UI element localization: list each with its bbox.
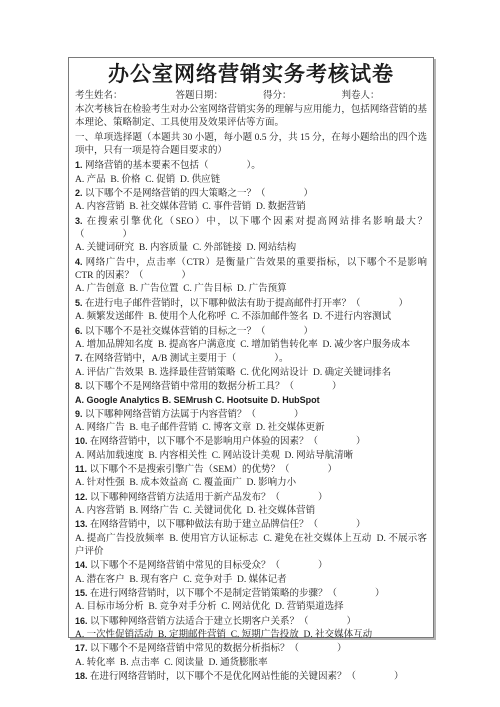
question-options: A. 产品 B. 价格 C. 促销 D. 供应链	[75, 174, 427, 187]
question-options: A. 网站加载速度 B. 内容相关性 C. 网站设计美观 D. 网站导航清晰	[75, 450, 427, 463]
question-body: 以下哪个不是网络营销中常用的数据分析工具？（ ）	[85, 382, 342, 392]
question-body: 以下哪个不是网络营销的四大策略之一？（ ）	[85, 189, 313, 199]
question-item: 4. 网络广告中，点击率（CTR）是衡量广告效果的重要指标，以下哪个不是影响 C…	[75, 256, 427, 297]
student-info-row: 考生姓名： 答题日期： 得分： 判卷人：	[75, 90, 427, 103]
question-item: 17. 以下哪个不是网络营销中常见的数据分析指标？（ ）A. 转化率 B. 点击…	[75, 642, 427, 670]
question-item: 9. 以下哪种网络营销方法属于内容营销？（ ）A. 网络广告 B. 电子邮件营销…	[75, 408, 427, 436]
student-name-label: 考生姓名：	[75, 90, 123, 103]
question-body: 以下哪个不是搜索引擎广告（SEM）的优势？（ ）	[90, 465, 338, 475]
question-text: 12. 以下哪种网络营销方法适用于新产品发布？（ ）	[75, 491, 427, 505]
question-options: A. 一次性促销活动 B. 定期邮件营销 C. 短期广告投放 D. 社交媒体互动	[75, 629, 427, 642]
question-options: A. 评估广告效果 B. 选择最佳营销策略 C. 优化网站设计 D. 确定关键词…	[75, 367, 427, 380]
question-body: 在进行网络营销时，以下哪个不是制定营销策略的步骤？（ ）	[90, 589, 385, 599]
question-number: 18.	[75, 671, 90, 681]
question-item: 11. 以下哪个不是搜索引擎广告（SEM）的优势？（ ）A. 针对性强 B. 成…	[75, 463, 427, 491]
question-body: 以下哪种网络营销方法属于内容营销？（ ）	[85, 410, 304, 420]
question-text: 10. 在网络营销中，以下哪个不是影响用户体验的因素？（ ）	[75, 435, 427, 449]
question-options: A. 广告创意 B. 广告位置 C. 广告目标 D. 广告预算	[75, 283, 427, 296]
question-item: 3. 在搜索引擎优化（SEO）中，以下哪个因素对提高网站排名影响最大？（ ）A.…	[75, 215, 427, 256]
question-number: 10.	[75, 436, 90, 446]
question-body: 以下哪个不是社交媒体营销的目标之一？（ ）	[85, 327, 313, 337]
question-text: 5. 在进行电子邮件营销时，以下哪种做法有助于提高邮件打开率？（ ）	[75, 297, 427, 311]
question-number: 15.	[75, 588, 90, 598]
question-body: 在网络营销中，A/B 测试主要用于（ ）。	[85, 354, 288, 364]
question-item: 13. 在网络营销中，以下哪种做法有助于建立品牌信任？（ ）A. 提高广告投放频…	[75, 518, 427, 559]
question-item: 18. 在进行网络营销时，以下哪个不是优化网站性能的关键因素？（ ）	[75, 670, 427, 684]
question-text: 11. 以下哪个不是搜索引擎广告（SEM）的优势？（ ）	[75, 463, 427, 477]
question-options: A. 内容营销 B. 网络广告 C. 关键词优化 D. 社交媒体营销	[75, 505, 427, 518]
question-number: 17.	[75, 643, 90, 653]
question-body: 在网络营销中，以下哪个不是影响用户体验的因素？（ ）	[90, 437, 366, 447]
score-label: 得分：	[263, 90, 292, 103]
question-body: 在进行网络营销时，以下哪个不是优化网站性能的关键因素？（ ）	[90, 672, 404, 682]
questions-list: 1. 网络营销的基本要素不包括（ ）。A. 产品 B. 价格 C. 促销 D. …	[75, 159, 427, 684]
question-text: 3. 在搜索引擎优化（SEO）中，以下哪个因素对提高网站排名影响最大？（ ）	[75, 215, 427, 243]
question-options: A. 内容营销 B. 社交媒体营销 C. 事件营销 D. 数据营销	[75, 201, 427, 214]
question-options: A. 针对性强 B. 成本效益高 C. 覆盖面广 D. 影响力小	[75, 477, 427, 490]
exam-intro: 本次考核旨在检验考生对办公室网络营销实务的理解与应用能力，包括网络营销的基本理论…	[75, 104, 427, 131]
question-options: A. 关键词研究 B. 内容质量 C. 外部链接 D. 网站结构	[75, 242, 427, 255]
question-body: 在网络营销中，以下哪种做法有助于建立品牌信任？（ ）	[90, 520, 366, 530]
question-options: A. Google Analytics B. SEMrush C. Hootsu…	[75, 394, 427, 407]
question-body: 在进行电子邮件营销时，以下哪种做法有助于提高邮件打开率？（ ）	[85, 299, 408, 309]
question-text: 6. 以下哪个不是社交媒体营销的目标之一？（ ）	[75, 325, 427, 339]
question-item: 5. 在进行电子邮件营销时，以下哪种做法有助于提高邮件打开率？（ ）A. 频繁发…	[75, 297, 427, 325]
question-options: A. 频繁发送邮件 B. 使用个人化称呼 C. 不添加邮件签名 D. 不进行内容…	[75, 311, 427, 324]
question-text: 7. 在网络营销中，A/B 测试主要用于（ ）。	[75, 352, 427, 366]
question-options: A. 提高广告投放频率 B. 使用官方认证标志 C. 避免在社交媒体上互动 D.…	[75, 533, 427, 560]
question-text: 1. 网络营销的基本要素不包括（ ）。	[75, 159, 427, 173]
question-number: 16.	[75, 616, 90, 626]
question-number: 1.	[75, 160, 85, 170]
question-item: 7. 在网络营销中，A/B 测试主要用于（ ）。A. 评估广告效果 B. 选择最…	[75, 352, 427, 380]
page-title: 办公室网络营销实务考核试卷	[75, 62, 427, 87]
question-body: 网络营销的基本要素不包括（ ）。	[85, 161, 261, 171]
question-item: 2. 以下哪个不是网络营销的四大策略之一？（ ）A. 内容营销 B. 社交媒体营…	[75, 187, 427, 215]
question-options: A. 潜在客户 B. 现有客户 C. 竞争对手 D. 媒体记者	[75, 574, 427, 587]
question-item: 15. 在进行网络营销时，以下哪个不是制定营销策略的步骤？（ ）A. 目标市场分…	[75, 587, 427, 615]
question-text: 17. 以下哪个不是网络营销中常见的数据分析指标？（ ）	[75, 642, 427, 656]
question-options: A. 转化率 B. 点击率 C. 阅读量 D. 通货膨胀率	[75, 657, 427, 670]
question-body: 在搜索引擎优化（SEO）中，以下哪个因素对提高网站排名影响最大？（ ）	[75, 217, 427, 240]
question-text: 13. 在网络营销中，以下哪种做法有助于建立品牌信任？（ ）	[75, 518, 427, 532]
question-number: 9.	[75, 409, 85, 419]
question-number: 13.	[75, 519, 90, 529]
question-item: 14. 以下哪个不是网络营销中常见的目标受众？（ ）A. 潜在客户 B. 现有客…	[75, 559, 427, 587]
question-number: 6.	[75, 326, 85, 336]
question-item: 16. 以下哪种网络营销方法适合于建立长期客户关系？（ ）A. 一次性促销活动 …	[75, 615, 427, 643]
question-options: A. 目标市场分析 B. 竞争对手分析 C. 网站优化 D. 营销渠道选择	[75, 601, 427, 614]
question-item: 12. 以下哪种网络营销方法适用于新产品发布？（ ）A. 内容营销 B. 网络广…	[75, 491, 427, 519]
question-body: 以下哪个不是网络营销中常见的目标受众？（ ）	[90, 561, 328, 571]
question-item: 10. 在网络营销中，以下哪个不是影响用户体验的因素？（ ）A. 网站加载速度 …	[75, 435, 427, 463]
question-options: A. 增加品牌知名度 B. 提高客户满意度 C. 增加销售转化率 D. 减少客户…	[75, 339, 427, 352]
question-number: 14.	[75, 560, 90, 570]
question-body: 以下哪个不是网络营销中常见的数据分析指标？（ ）	[90, 644, 347, 654]
question-text: 2. 以下哪个不是网络营销的四大策略之一？（ ）	[75, 187, 427, 201]
question-body: 网络广告中，点击率（CTR）是衡量广告效果的重要指标，以下哪个不是影响 CTR …	[75, 258, 429, 281]
question-number: 7.	[75, 353, 85, 363]
question-text: 8. 以下哪个不是网络营销中常用的数据分析工具？（ ）	[75, 380, 427, 394]
question-number: 12.	[75, 492, 90, 502]
question-number: 8.	[75, 381, 85, 391]
section-heading: 一、单项选择题（本题共 30 小题，每小题 0.5 分，共 15 分，在每小题给…	[75, 132, 427, 159]
page-canvas: 办公室网络营销实务考核试卷 考生姓名： 答题日期： 得分： 判卷人： 本次考核旨…	[0, 0, 500, 707]
question-body: 以下哪种网络营销方法适用于新产品发布？（ ）	[90, 493, 328, 503]
question-text: 15. 在进行网络营销时，以下哪个不是制定营销策略的步骤？（ ）	[75, 587, 427, 601]
question-number: 11.	[75, 464, 90, 474]
question-text: 4. 网络广告中，点击率（CTR）是衡量广告效果的重要指标，以下哪个不是影响 C…	[75, 256, 427, 284]
question-item: 1. 网络营销的基本要素不包括（ ）。A. 产品 B. 价格 C. 促销 D. …	[75, 159, 427, 187]
question-number: 3.	[75, 216, 87, 226]
question-text: 16. 以下哪种网络营销方法适合于建立长期客户关系？（ ）	[75, 615, 427, 629]
answer-date-label: 答题日期：	[176, 90, 224, 103]
question-options: A. 网络广告 B. 电子邮件营销 C. 博客文章 D. 社交媒体更新	[75, 422, 427, 435]
question-text: 18. 在进行网络营销时，以下哪个不是优化网站性能的关键因素？（ ）	[75, 670, 427, 684]
question-item: 6. 以下哪个不是社交媒体营销的目标之一？（ ）A. 增加品牌知名度 B. 提高…	[75, 325, 427, 353]
question-text: 9. 以下哪种网络营销方法属于内容营销？（ ）	[75, 408, 427, 422]
question-body: 以下哪种网络营销方法适合于建立长期客户关系？（ ）	[90, 617, 356, 627]
grader-label: 判卷人：	[342, 90, 380, 103]
question-number: 4.	[75, 257, 86, 267]
question-item: 8. 以下哪个不是网络营销中常用的数据分析工具？（ ）A. Google Ana…	[75, 380, 427, 408]
question-number: 2.	[75, 188, 85, 198]
question-text: 14. 以下哪个不是网络营销中常见的目标受众？（ ）	[75, 559, 427, 573]
question-number: 5.	[75, 298, 85, 308]
exam-paper: 办公室网络营销实务考核试卷 考生姓名： 答题日期： 得分： 判卷人： 本次考核旨…	[68, 57, 434, 638]
